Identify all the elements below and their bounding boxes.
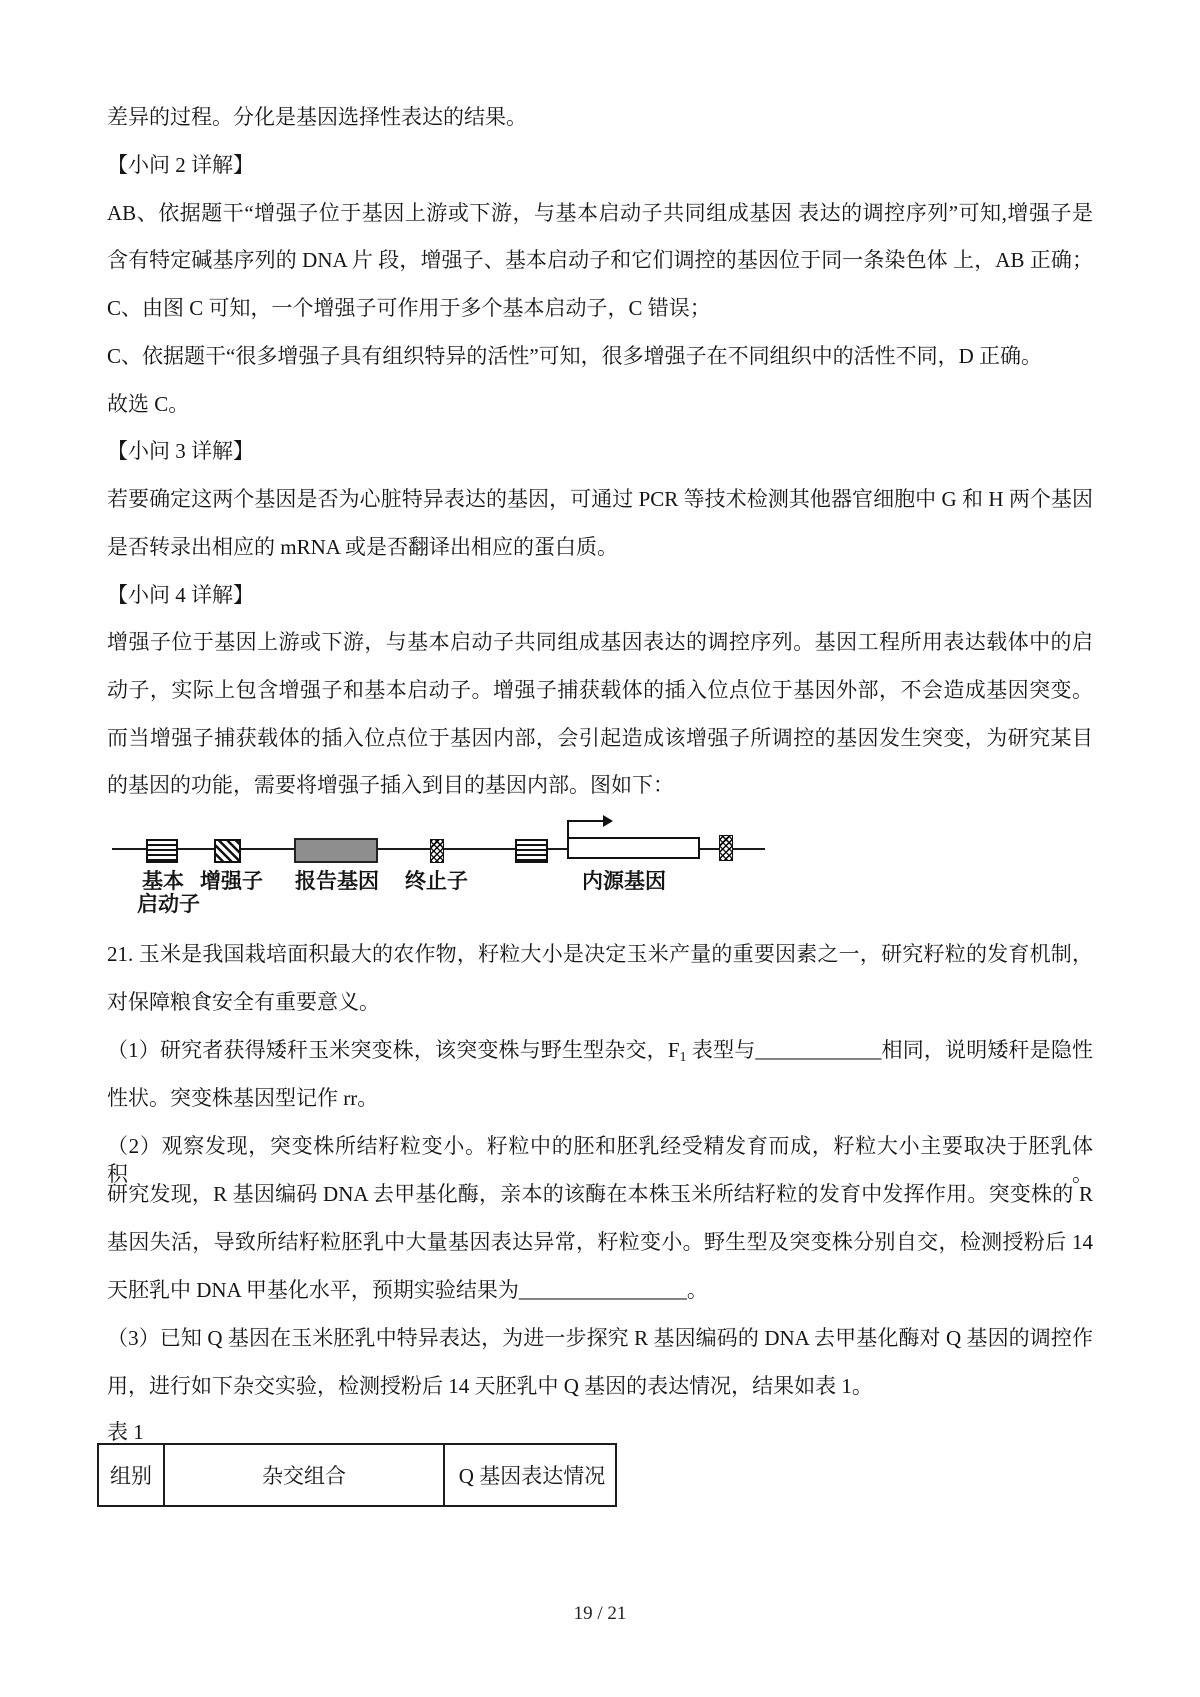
answer-line: 故选 C。 [107,390,1093,418]
transcription-arrow-icon [603,815,613,827]
basic-promoter-box [146,839,178,863]
question-21-part2: 基因失活，导致所结籽粒胚乳中大量基因表达异常，籽粒变小。野生型及突变株分别自交，… [107,1228,1093,1256]
answer-line: 增强子位于基因上游或下游，与基本启动子共同组成基因表达的调控序列。基因工程所用表… [107,628,1093,656]
section-heading-q3: 【小问 3 详解】 [107,437,1093,465]
answer-line: 差异的过程。分化是基因选择性表达的结果。 [107,103,1093,131]
question-21-part2-blank: 天胚乳中 DNA 甲基化水平，预期实验结果为________________。 [107,1276,1093,1304]
question-21-part1: （1）研究者获得矮秆玉米突变株，该突变株与野生型杂交，F1 表型与_______… [107,1036,1093,1064]
endogenous-gene-box [567,837,700,859]
question-21-part3: 用，进行如下杂交实验，检测授粉后 14 天胚乳中 Q 基因的表达情况，结果如表 … [107,1372,1093,1400]
promoter2-box [515,839,548,863]
table-header-q-expression: Q 基因表达情况 [445,1445,619,1505]
answer-line: 而当增强子捕获载体的插入位点位于基因内部，会引起造成该增强子所调控的基因发生突变… [107,724,1093,752]
section-heading-q4: 【小问 4 详解】 [107,581,1093,609]
answer-line: 是否转录出相应的 mRNA 或是否翻译出相应的蛋白质。 [107,533,1093,561]
answer-line: C、由图 C 可知，一个增强子可作用于多个基本启动子，C 错误； [107,294,1093,322]
question-21-intro: 21. 玉米是我国栽培面积最大的农作物，籽粒大小是决定玉米产量的重要因素之一，研… [107,940,1093,968]
f1-subscript: 1 [680,1050,687,1065]
table-title: 表 1 [107,1418,1093,1446]
table-header-cross: 杂交组合 [165,1445,445,1505]
label-reporter-gene: 报告基因 [295,865,379,895]
label-basic-promoter-2: 启动子 [137,888,200,918]
section-heading-q2: 【小问 2 详解】 [107,151,1093,179]
transcription-arrow-icon [567,820,605,822]
question-21-part1: 性状。突变株基因型记作 rr。 [107,1084,1093,1112]
gene-construct-diagram: 基本 启动子 增强子 报告基因 终止子 内源基因 [0,795,1200,920]
exam-answer-page: { "doc": { "lines": { "l01": "差异的过程。分化是基… [0,0,1200,1697]
q1-text-pre: （1）研究者获得矮秆玉米突变株，该突变株与野生型杂交，F [107,1038,680,1062]
answer-line: 含有特定碱基序列的 DNA 片 段，增强子、基本启动子和它们调控的基因位于同一条… [107,246,1093,274]
enhancer-box [214,839,241,863]
question-21-intro: 对保障粮食安全有重要意义。 [107,988,1093,1016]
label-endogenous-gene: 内源基因 [582,865,666,895]
q1-text-post: 表型与____________相同，说明矮秆是隐性 [687,1038,1094,1062]
question-21-part2: 研究发现，R 基因编码 DNA 去甲基化酶，亲本的该酶在本株玉米所结籽粒的发育中… [107,1180,1093,1208]
table-header-group: 组别 [99,1445,165,1505]
label-enhancer: 增强子 [200,865,263,895]
answer-line: 动子，实际上包含增强子和基本启动子。增强子捕获载体的插入位点位于基因外部，不会造… [107,676,1093,704]
answer-line: 若要确定这两个基因是否为心脏特异表达的基因，可通过 PCR 等技术检测其他器官细… [107,485,1093,513]
reporter-gene-box [294,838,378,863]
terminator2-box [719,835,733,861]
page-number: 19 / 21 [0,1603,1200,1625]
transcription-arrow-icon [567,820,569,838]
terminator-box [430,839,444,863]
question-21-part3: （3）已知 Q 基因在玉米胚乳中特异表达，为进一步探究 R 基因编码的 DNA … [107,1324,1093,1352]
answer-line: C、依据题干“很多增强子具有组织特异的活性”可知，很多增强子在不同组织中的活性不… [107,342,1093,370]
label-terminator: 终止子 [405,865,468,895]
table-1: 组别 杂交组合 Q 基因表达情况 [97,1443,617,1507]
answer-line: AB、依据题干“增强子位于基因上游或下游，与基本启动子共同组成基因 表达的调控序… [107,199,1093,227]
